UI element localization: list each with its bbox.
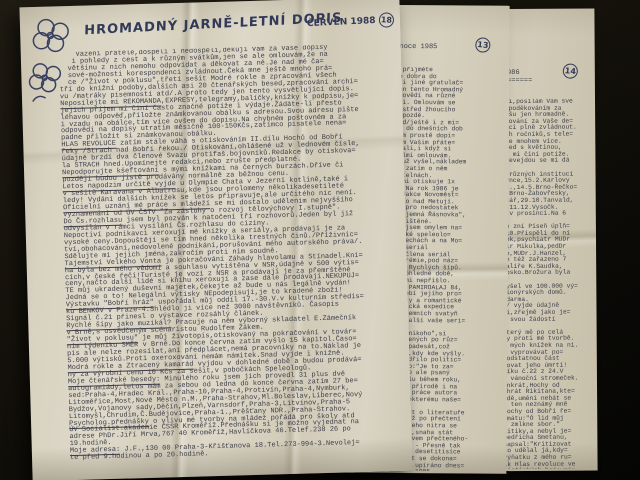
letter-1986-number-badge: 14 xyxy=(562,63,578,79)
letter-1988-body: Vážení přátelé,dospělí i nedospělí,děkuj… xyxy=(59,43,406,462)
letter-date-group: ČERVEN 1988 18 xyxy=(307,12,394,31)
letter-1985-header: ánoce 1985 xyxy=(395,43,437,51)
photo-of-typewritten-letters: .986 ======= 14 rci,posílám Vám svés pod… xyxy=(0,0,640,480)
letter-date: ČERVEN 1988 xyxy=(307,16,376,29)
text-line: šistických bojovní= xyxy=(504,468,580,469)
text-line: ,nevejdou se mi dá xyxy=(501,158,577,165)
letter-1986-body: rci,posílám Vám svés poděkováním zapíšu … xyxy=(501,99,579,470)
text-line: Nosko.Brožura byla xyxy=(502,270,578,277)
text-line: u v prosinci.Na 6 xyxy=(502,211,578,218)
letter-1985-number-badge: 13 xyxy=(475,37,492,54)
letter-number-badge: 18 xyxy=(379,12,395,28)
letter-title: HROMADNÝ JARNĚ-LETNÍ DOPIS xyxy=(84,11,342,39)
letter-page-1988: HROMADNÝ JARNĚ-LETNÍ DOPIS ČERVEN 1988 1… xyxy=(19,0,412,480)
